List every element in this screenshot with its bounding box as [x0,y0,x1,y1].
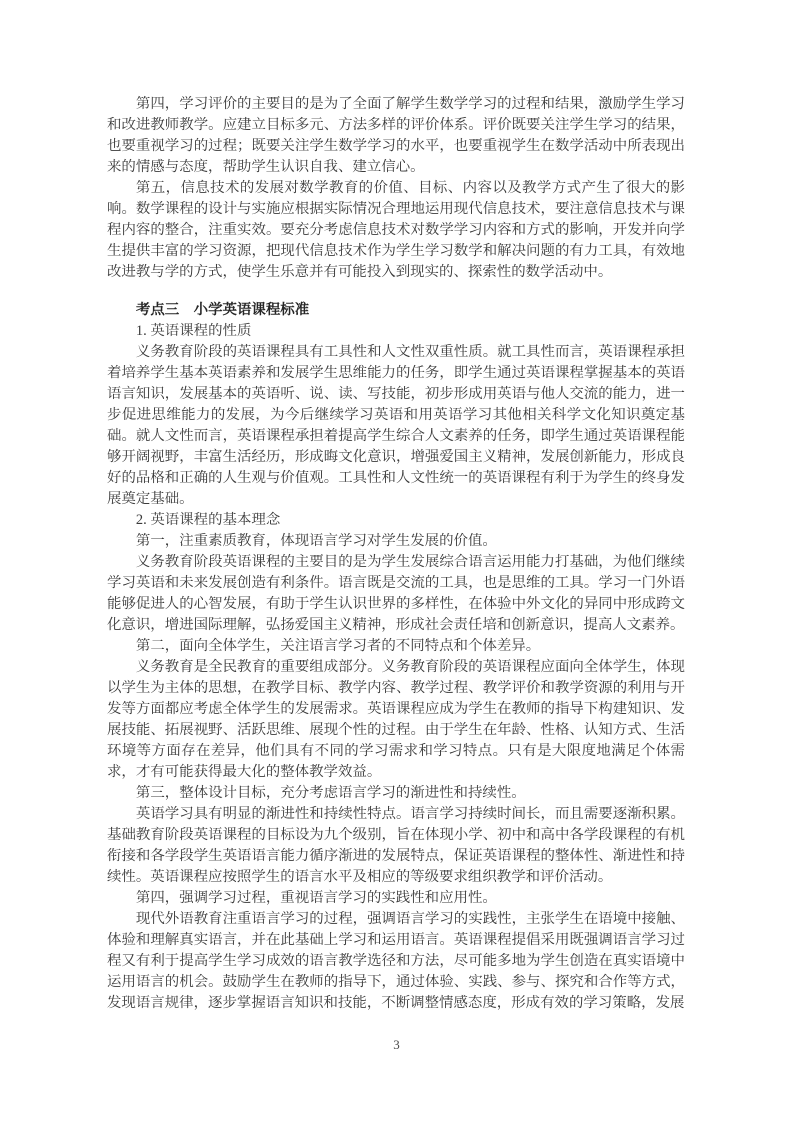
item-title-english-course-nature: 1. 英语课程的性质 [107,321,685,342]
para-concept-three-body: 英语学习具有明显的渐进性和持续性特点。语言学习持续时间长，而且需要逐渐积累。基础… [107,804,685,888]
para-point-five-information-technology: 第五，信息技术的发展对数学教育的价值、目标、内容以及教学方式产生了很大的影响。数… [107,178,685,283]
para-concept-four-body: 现代外语教育注重语言学习的过程，强调语言学习的实践性，主张学生在语境中接触、体验… [107,909,685,1014]
para-concept-one-body: 义务教育阶段英语课程的主要目的是为学生发展综合语言运用能力打基础，为他们继续学习… [107,552,685,636]
para-concept-two-title: 第二，面向全体学生，关注语言学习者的不同特点和个体差异。 [107,636,685,657]
para-concept-one-title: 第一，注重素质教育，体现语言学习对学生发展的价值。 [107,531,685,552]
para-concept-three-title: 第三，整体设计目标，充分考虑语言学习的渐进性和持续性。 [107,783,685,804]
para-concept-four-title: 第四，强调学习过程，重视语言学习的实践性和应用性。 [107,888,685,909]
page-number: 3 [0,1037,793,1053]
para-concept-two-body: 义务教育是全民教育的重要组成部分。义务教育阶段的英语课程应面向全体学生，体现以学… [107,657,685,783]
para-english-course-nature: 义务教育阶段的英语课程具有工具性和人文性双重性质。就工具性而言，英语课程承担着培… [107,342,685,510]
document-page: 第四，学习评价的主要目的是为了全面了解学生数学学习的过程和结果，激励学生学习和改… [0,0,793,1122]
text-column: 第四，学习评价的主要目的是为了全面了解学生数学学习的过程和结果，激励学生学习和改… [107,94,685,1014]
item-title-english-course-concepts: 2. 英语课程的基本理念 [107,510,685,531]
section-heading-exam-point-three: 考点三 小学英语课程标准 [107,300,685,321]
para-point-four-evaluation: 第四，学习评价的主要目的是为了全面了解学生数学学习的过程和结果，激励学生学习和改… [107,94,685,178]
